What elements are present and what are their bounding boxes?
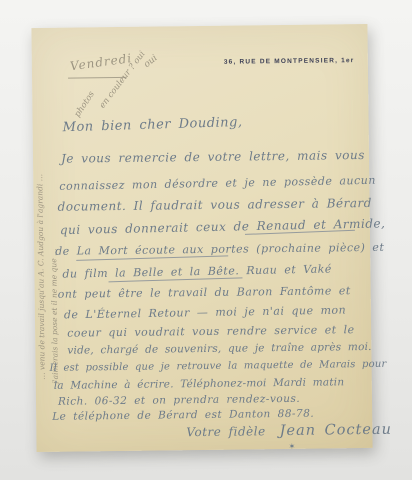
letter-line: ont peut être le travail du Baron Fantôm… <box>58 284 351 301</box>
pencil-margin-note-1: … venu de travail jusqu'au A. C. Audgou … <box>35 174 47 380</box>
letter-line: connaissez mon désordre et je ne possède… <box>59 174 376 193</box>
letter-line: Rich. 06-32 et on prendra rendez-vous. <box>58 393 300 408</box>
letter-line: Je vous remercie de votre lettre, mais v… <box>61 148 365 166</box>
letter-paper: 36, RUE DE MONTPENSIER, 1er Vendredi oui… <box>31 24 372 452</box>
letter-photograph: 36, RUE DE MONTPENSIER, 1er Vendredi oui… <box>0 0 412 480</box>
letter-line: Le téléphone de Bérard est Danton 88-78. <box>52 408 314 423</box>
signature-line: Votre fidèleJean Cocteau <box>186 422 392 441</box>
letter-line: coeur qui voudrait vous rendre service e… <box>67 323 355 340</box>
letter-line: document. Il faudrait vous adresser à Bé… <box>58 196 372 214</box>
letter-line: Il est possible que je retrouve la maque… <box>50 359 387 374</box>
pencil-note-diagonal-3: photos <box>73 90 97 120</box>
signature-closing: Votre fidèle <box>186 424 265 439</box>
letter-line: vide, chargé de souvenirs, que je traîne… <box>67 341 371 357</box>
letter-line: qui vous donnerait ceux de Renaud et Arm… <box>60 216 386 237</box>
salutation-line: Mon bien cher Douding, <box>62 115 242 135</box>
cocteau-star-icon: ✶ <box>288 442 295 451</box>
printed-letterhead: 36, RUE DE MONTPENSIER, 1er <box>224 57 355 66</box>
signature-name: Jean Cocteau <box>280 422 393 439</box>
letter-line: de L'Éternel Retour — moi je n'ai que mo… <box>64 304 346 322</box>
letter-line: la Machine à écrire. Téléphonez-moi Mard… <box>54 376 345 392</box>
